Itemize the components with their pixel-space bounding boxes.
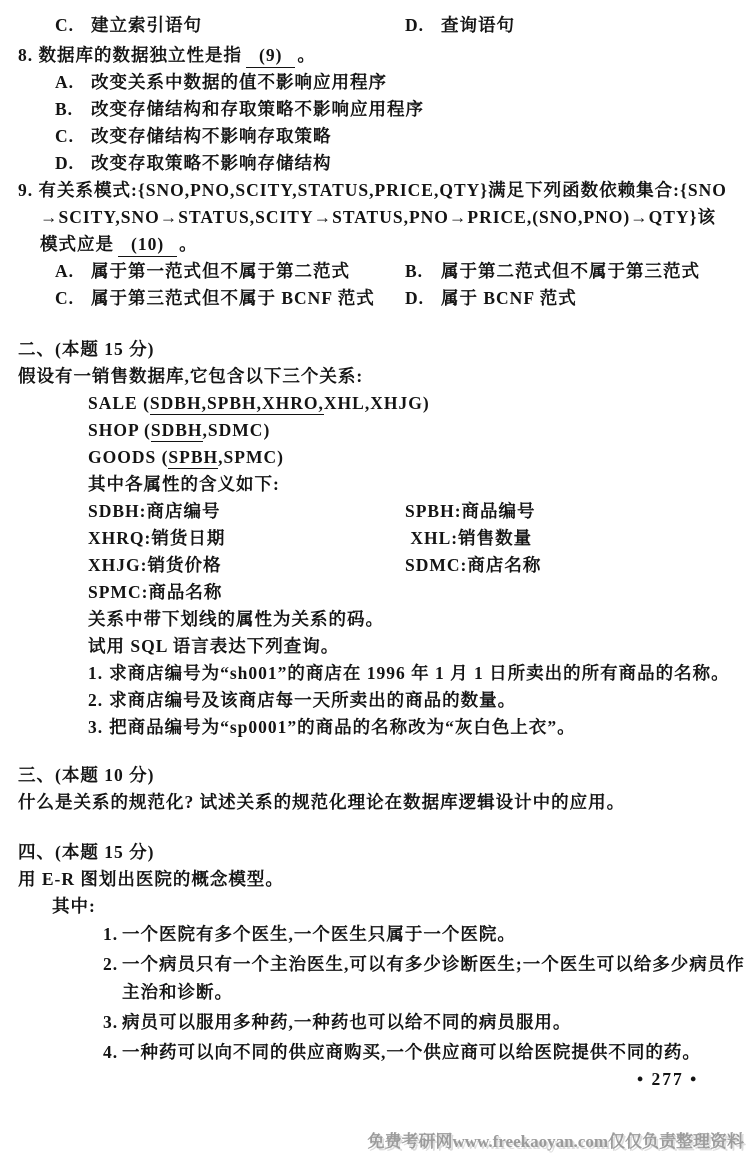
q9-option-b: B. 属于第二范式但不属于第三范式 (405, 258, 700, 285)
option-label: A. (55, 258, 91, 285)
er-rule-4: 4. 一种药可以向不同的供应商购买,一个供应商可以给医院提供不同的药。 (103, 1038, 746, 1066)
sql-intro: 试用 SQL 语言表达下列查询。 (88, 633, 746, 660)
attribute-right: SPBH:商品编号 (405, 498, 536, 525)
task-text: 求商店编号为“sh001”的商店在 1996 年 1 月 1 日所卖出的所有商品… (109, 660, 730, 687)
option-text: 属于第一范式但不属于第二范式 (91, 258, 350, 285)
attribute-row: XHRQ:销货日期 XHL:销售数量 (88, 525, 746, 552)
question-number: 9. (18, 180, 33, 200)
q9-options-row-1: A. 属于第一范式但不属于第二范式 B. 属于第二范式但不属于第三范式 (55, 258, 746, 285)
watermark-text: 免费考研网www.freekaoyan.com仅仅负责整理资料 (368, 1132, 745, 1152)
option-label: A. (55, 69, 91, 96)
task-text: 把商品编号为“sp0001”的商品的名称改为“灰白色上衣”。 (109, 714, 576, 741)
relation-prefix: SALE ( (88, 393, 150, 413)
option-text: 建立索引语句 (91, 12, 202, 39)
task-number: 3. (88, 714, 103, 741)
section4-sub: 其中: (52, 893, 746, 920)
sql-task-3: 3. 把商品编号为“sp0001”的商品的名称改为“灰白色上衣”。 (88, 714, 746, 741)
q8-option-d: D. 改变存取策略不影响存储结构 (55, 150, 746, 177)
item-text: 一个医院有多个医生,一个医生只属于一个医院。 (122, 920, 746, 948)
section4-intro: 用 E-R 图划出医院的概念模型。 (18, 866, 746, 893)
task-text: 求商店编号及该商店每一天所卖出的商品的数量。 (109, 687, 516, 714)
question-9-line3: 模式应是(10)。 (40, 231, 746, 258)
fill-in-blank-10: (10) (118, 233, 177, 257)
attribute-right: XHL:销售数量 (405, 525, 532, 552)
item-text: 病员可以服用多种药,一种药也可以给不同的病员服用。 (122, 1008, 746, 1036)
option-label: D. (405, 285, 441, 312)
relation-prefix: SHOP ( (88, 420, 151, 440)
attribute-left: XHRQ:销货日期 (88, 525, 405, 552)
relation-sale: SALE (SDBH,SPBH,XHRO,XHL,XHJG) (88, 390, 746, 417)
attribute-intro: 其中各属性的含义如下: (88, 471, 746, 498)
option-text: 属于 BCNF 范式 (441, 285, 577, 312)
section-gap (0, 816, 746, 839)
relation-key-underlined: SPBH (168, 447, 218, 469)
section3-heading: 三、(本题 10 分) (18, 762, 746, 789)
prev-option-d: D. 查询语句 (405, 12, 515, 39)
relation-rest: XHL,XHJG) (324, 393, 430, 413)
option-label: B. (55, 96, 91, 123)
attribute-row: XHJG:销货价格 SDMC:商店名称 (88, 552, 746, 579)
q8-option-c: C. 改变存储结构不影响存取策略 (55, 123, 746, 150)
option-label: D. (55, 150, 91, 177)
section2-heading: 二、(本题 15 分) (18, 336, 746, 363)
prev-question-options-row: C. 建立索引语句 D. 查询语句 (55, 12, 746, 39)
relation-rest: ,SPMC) (218, 447, 284, 467)
item-number: 3. (103, 1008, 117, 1036)
section-gap (0, 741, 746, 762)
item-text: 一个病员只有一个主治医生,可以有多少诊断医生;一个医生可以给多少病员作主治和诊断… (122, 950, 746, 1006)
item-number: 2. (103, 950, 117, 1006)
stem-text: 有关系模式:{SNO,PNO,SCITY,STATUS,PRICE,QTY}满足… (39, 180, 727, 200)
page-number: • 277 • (637, 1068, 746, 1091)
section2-intro: 假设有一销售数据库,它包含以下三个关系: (18, 363, 746, 390)
option-label: C. (55, 12, 91, 39)
section4-heading: 四、(本题 15 分) (18, 839, 746, 866)
attribute-row: SDBH:商店编号 SPBH:商品编号 (88, 498, 746, 525)
attribute-left: SDBH:商店编号 (88, 498, 405, 525)
item-number: 4. (103, 1038, 117, 1066)
q9-option-a: A. 属于第一范式但不属于第二范式 (55, 258, 405, 285)
option-label: D. (405, 12, 441, 39)
option-text: 属于第二范式但不属于第三范式 (441, 258, 700, 285)
attribute-right: SDMC:商店名称 (405, 552, 541, 579)
question-8-stem: 8. 数据库的数据独立性是指(9)。 (18, 42, 746, 69)
option-text: 改变存储结构和存取策略不影响应用程序 (91, 96, 424, 123)
attribute-row: SPMC:商品名称 (88, 579, 746, 606)
q9-option-d: D. 属于 BCNF 范式 (405, 285, 577, 312)
prev-option-c: C. 建立索引语句 (55, 12, 405, 39)
option-label: C. (55, 285, 91, 312)
question-9-line1: 9. 有关系模式:{SNO,PNO,SCITY,STATUS,PRICE,QTY… (18, 177, 746, 204)
sql-task-2: 2. 求商店编号及该商店每一天所卖出的商品的数量。 (88, 687, 746, 714)
option-text: 改变存取策略不影响存储结构 (91, 150, 332, 177)
attribute-left: SPMC:商品名称 (88, 579, 405, 606)
option-text: 查询语句 (441, 12, 515, 39)
question-9-line2: →SCITY,SNO→STATUS,SCITY→STATUS,PNO→PRICE… (40, 204, 746, 231)
er-rule-2: 2. 一个病员只有一个主治医生,可以有多少诊断医生;一个医生可以给多少病员作主治… (103, 950, 746, 1006)
relation-key-underlined: SDBH (151, 420, 203, 442)
option-text: 改变存储结构不影响存取策略 (91, 123, 332, 150)
relation-shop: SHOP (SDBH,SDMC) (88, 417, 746, 444)
q8-option-a: A. 改变关系中数据的值不影响应用程序 (55, 69, 746, 96)
option-text: 属于第三范式但不属于 BCNF 范式 (91, 285, 375, 312)
task-number: 2. (88, 687, 103, 714)
fill-in-blank-9: (9) (246, 44, 295, 68)
task-number: 1. (88, 660, 103, 687)
relation-key-underlined: SDBH,SPBH,XHRO, (150, 393, 324, 415)
stem-text: →SCITY,SNO→STATUS,SCITY→STATUS,PNO→PRICE… (40, 207, 716, 227)
section-gap (0, 312, 746, 336)
q9-option-c: C. 属于第三范式但不属于 BCNF 范式 (55, 285, 405, 312)
exam-paper-page: C. 建立索引语句 D. 查询语句 8. 数据库的数据独立性是指(9)。 A. … (0, 0, 746, 1154)
relation-rest: ,SDMC) (203, 420, 271, 440)
er-rule-1: 1. 一个医院有多个医生,一个医生只属于一个医院。 (103, 920, 746, 948)
option-label: C. (55, 123, 91, 150)
stem-text: 数据库的数据独立性是指 (39, 45, 243, 65)
item-number: 1. (103, 920, 117, 948)
stem-period: 。 (179, 234, 198, 254)
stem-text: 模式应是 (40, 234, 114, 254)
attribute-left: XHJG:销货价格 (88, 552, 405, 579)
sql-task-1: 1. 求商店编号为“sh001”的商店在 1996 年 1 月 1 日所卖出的所… (88, 660, 746, 687)
relation-prefix: GOODS ( (88, 447, 168, 467)
q8-option-b: B. 改变存储结构和存取策略不影响应用程序 (55, 96, 746, 123)
er-rule-3: 3. 病员可以服用多种药,一种药也可以给不同的病员服用。 (103, 1008, 746, 1036)
option-label: B. (405, 258, 441, 285)
relation-goods: GOODS (SPBH,SPMC) (88, 444, 746, 471)
option-text: 改变关系中数据的值不影响应用程序 (91, 69, 387, 96)
key-note: 关系中带下划线的属性为关系的码。 (88, 606, 746, 633)
section3-body: 什么是关系的规范化? 试述关系的规范化理论在数据库逻辑设计中的应用。 (18, 789, 746, 816)
stem-period: 。 (297, 45, 316, 65)
question-number: 8. (18, 45, 33, 65)
q9-options-row-2: C. 属于第三范式但不属于 BCNF 范式 D. 属于 BCNF 范式 (55, 285, 746, 312)
item-text: 一种药可以向不同的供应商购买,一个供应商可以给医院提供不同的药。 (122, 1038, 746, 1066)
